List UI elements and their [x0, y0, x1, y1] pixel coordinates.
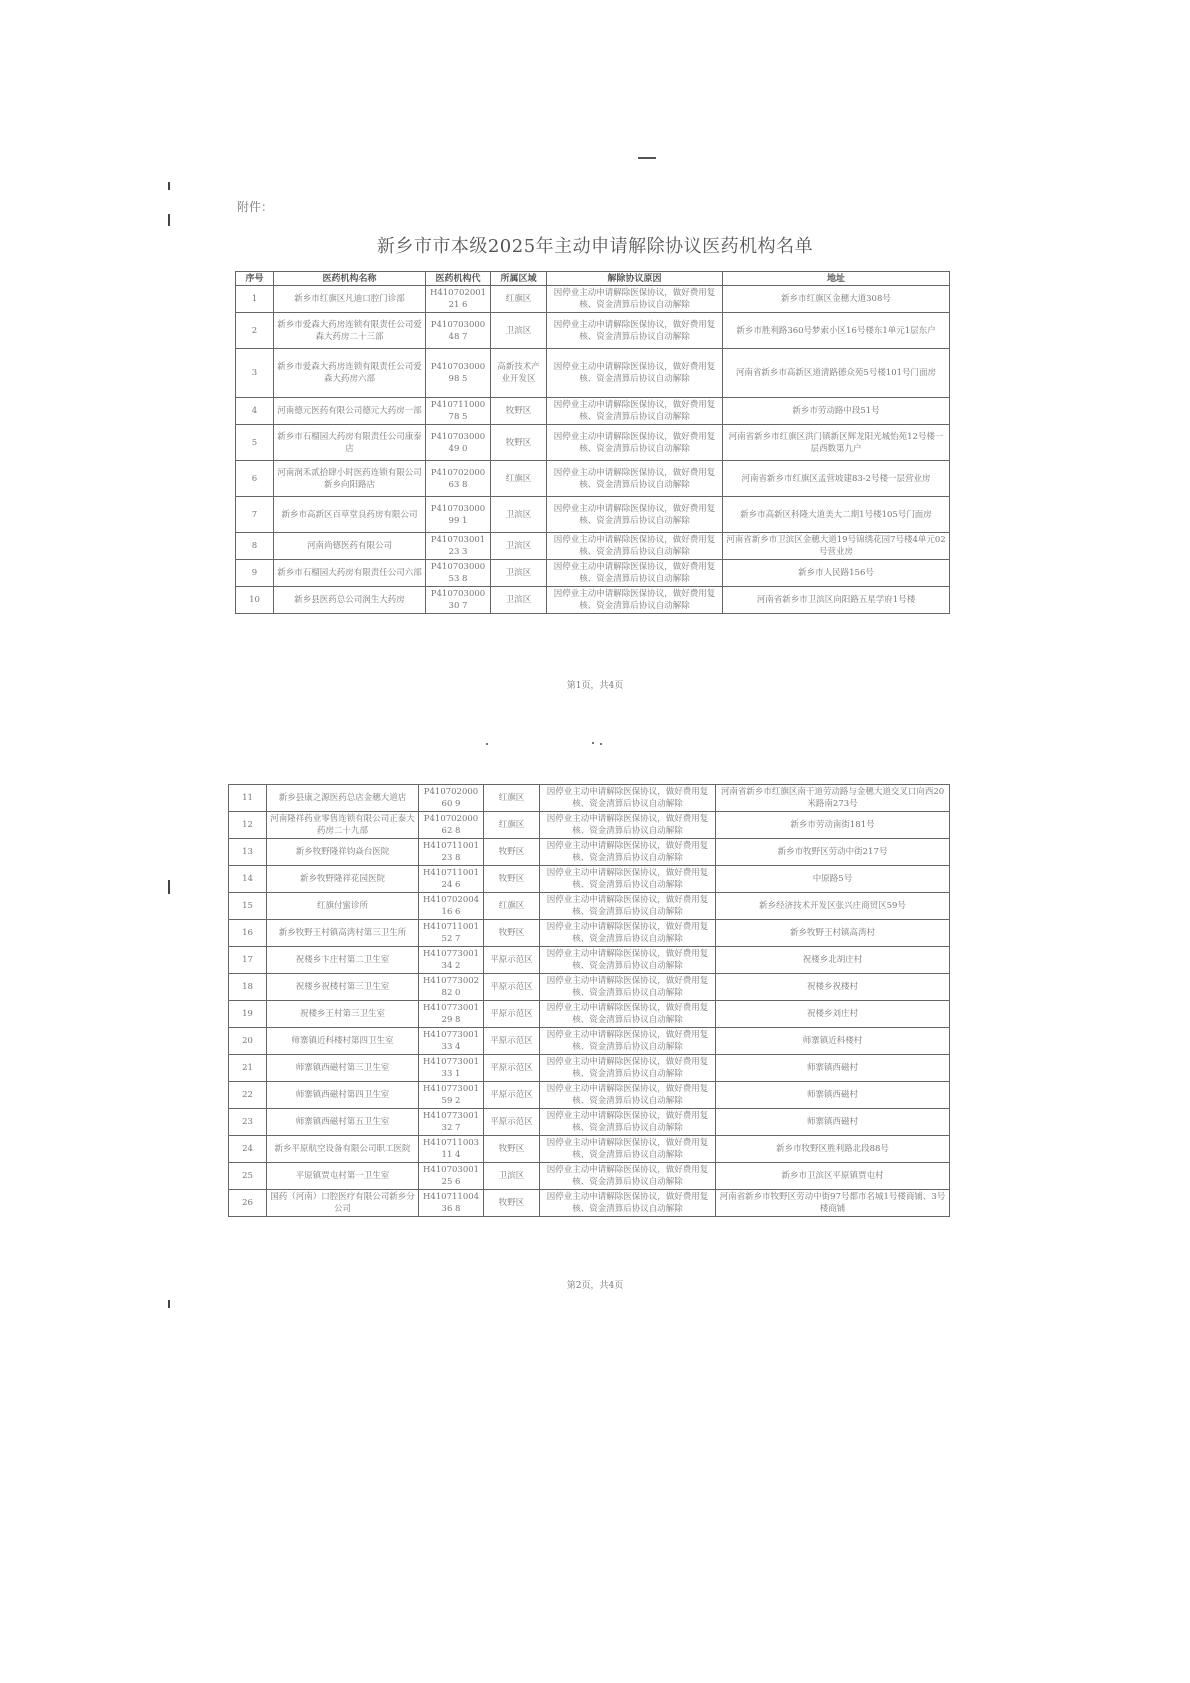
margin-mark: [168, 880, 170, 894]
institution-name: 祝楼乡祝楼村第三卫生室: [267, 974, 419, 1001]
institution-code: H41071100124 6: [419, 866, 484, 893]
institution-name: 师寨镇西磁村第五卫生室: [267, 1109, 419, 1136]
address: 新乡经济技术开发区张兴庄商贸区59号: [716, 893, 950, 920]
address: 师寨镇近科楼村: [716, 1028, 950, 1055]
district: 平原示范区: [484, 1028, 540, 1055]
margin-mark: [168, 214, 170, 226]
institution-code: H41070200121 6: [426, 286, 491, 313]
district: 平原示范区: [484, 1109, 540, 1136]
table-row: 15红旗付蜜诊所H41070200416 6红旗区因停业主动申请解除医保协议，做…: [229, 893, 950, 920]
table-row: 13新乡牧野隆祥钧焱台医院H41071100123 8牧野区因停业主动申请解除医…: [229, 839, 950, 866]
institution-code: H41071100152 7: [419, 920, 484, 947]
address: 新乡牧野王村镇高湾村: [716, 920, 950, 947]
district: 牧野区: [484, 839, 540, 866]
institution-name: 新乡市爱森大药房连锁有限责任公司爱森大药房二十三部: [274, 313, 426, 349]
table-row: 21师寨镇西磁村第三卫生室H41077300133 1平原示范区因停业主动申请解…: [229, 1055, 950, 1082]
termination-reason: 因停业主动申请解除医保协议，做好费用复核、资金清算后协议自动解除: [540, 974, 716, 1001]
institution-code: H41070200416 6: [419, 893, 484, 920]
district: 卫滨区: [491, 313, 547, 349]
row-number: 1: [236, 286, 274, 313]
row-number: 7: [236, 497, 274, 533]
page-footer-1: 第1页，共4页: [0, 678, 1190, 691]
institution-code: H41077300282 0: [419, 974, 484, 1001]
district: 平原示范区: [484, 974, 540, 1001]
col-header-address: 地址: [723, 272, 950, 286]
institution-code: P41070300123 3: [426, 533, 491, 560]
page-top-dash: [638, 157, 656, 159]
institution-name: 河南隆祥药业零售连锁有限公司正泰大药房二十九部: [267, 812, 419, 839]
row-number: 24: [229, 1136, 267, 1163]
scan-speck: [486, 743, 488, 745]
institution-code: P41071100078 5: [426, 398, 491, 425]
institution-code: P41070300030 7: [426, 587, 491, 614]
institution-code: P41070300048 7: [426, 313, 491, 349]
address: 河南省新乡市牧野区劳动中街97号都市名城1号楼商铺、3号楼商铺: [716, 1190, 950, 1217]
termination-reason: 因停业主动申请解除医保协议，做好费用复核、资金清算后协议自动解除: [540, 839, 716, 866]
row-number: 4: [236, 398, 274, 425]
attachment-label: 附件：: [237, 198, 273, 215]
district: 红旗区: [484, 893, 540, 920]
row-number: 17: [229, 947, 267, 974]
institution-table-page2: 11新乡县康之源医药总店金穗大道店P41070200060 9红旗区因停业主动申…: [228, 784, 950, 1217]
address: 河南省新乡市红旗区洪门镇新区辉龙阳光城怡苑12号楼一层西数第九户: [723, 425, 950, 461]
row-number: 25: [229, 1163, 267, 1190]
table-row: 20师寨镇近科楼村第四卫生室H41077300133 4平原示范区因停业主动申请…: [229, 1028, 950, 1055]
address: 祝楼乡祝楼村: [716, 974, 950, 1001]
termination-reason: 因停业主动申请解除医保协议，做好费用复核、资金清算后协议自动解除: [547, 560, 723, 587]
table-row: 1新乡市红旗区凡迪口腔门诊部H41070200121 6红旗区因停业主动申请解除…: [236, 286, 950, 313]
institution-code: P41070300099 1: [426, 497, 491, 533]
row-number: 12: [229, 812, 267, 839]
institution-code: P41070300053 8: [426, 560, 491, 587]
row-number: 16: [229, 920, 267, 947]
institution-code: P41070300098 5: [426, 349, 491, 398]
district: 卫滨区: [491, 587, 547, 614]
termination-reason: 因停业主动申请解除医保协议，做好费用复核、资金清算后协议自动解除: [547, 425, 723, 461]
district: 高新技术产业开发区: [491, 349, 547, 398]
district: 平原示范区: [484, 1055, 540, 1082]
address: 河南省新乡市卫滨区向阳路五星学府1号楼: [723, 587, 950, 614]
row-number: 23: [229, 1109, 267, 1136]
address: 新乡市红旗区金穗大道308号: [723, 286, 950, 313]
termination-reason: 因停业主动申请解除医保协议，做好费用复核、资金清算后协议自动解除: [540, 1109, 716, 1136]
table-row: 14新乡牧野隆祥花园医院H41071100124 6牧野区因停业主动申请解除医保…: [229, 866, 950, 893]
institution-code: H41077300132 7: [419, 1109, 484, 1136]
termination-reason: 因停业主动申请解除医保协议，做好费用复核、资金清算后协议自动解除: [547, 587, 723, 614]
row-number: 11: [229, 785, 267, 812]
col-header-code: 医药机构代: [426, 272, 491, 286]
col-header-reason: 解除协议原因: [547, 272, 723, 286]
table-row: 23师寨镇西磁村第五卫生室H41077300132 7平原示范区因停业主动申请解…: [229, 1109, 950, 1136]
institution-name: 祝楼乡王村第三卫生室: [267, 1001, 419, 1028]
row-number: 10: [236, 587, 274, 614]
district: 平原示范区: [484, 1001, 540, 1028]
institution-name: 新乡牧野王村镇高湾村第三卫生所: [267, 920, 419, 947]
termination-reason: 因停业主动申请解除医保协议，做好费用复核、资金清算后协议自动解除: [540, 1055, 716, 1082]
institution-code: H41071100123 8: [419, 839, 484, 866]
institution-name: 师寨镇西磁村第三卫生室: [267, 1055, 419, 1082]
institution-code: H41071100436 8: [419, 1190, 484, 1217]
district: 红旗区: [491, 461, 547, 497]
institution-code: H41077300134 2: [419, 947, 484, 974]
row-number: 2: [236, 313, 274, 349]
address: 祝楼乡北胡庄村: [716, 947, 950, 974]
district: 红旗区: [484, 812, 540, 839]
district: 牧野区: [484, 920, 540, 947]
row-number: 3: [236, 349, 274, 398]
termination-reason: 因停业主动申请解除医保协议，做好费用复核、资金清算后协议自动解除: [540, 812, 716, 839]
table-row: 11新乡县康之源医药总店金穗大道店P41070200060 9红旗区因停业主动申…: [229, 785, 950, 812]
margin-mark: [168, 1300, 170, 1308]
address: 河南省新乡市红旗区南干道劳动路与金穗大道交叉口向西20米路南273号: [716, 785, 950, 812]
address: 新乡市劳动南街181号: [716, 812, 950, 839]
row-number: 15: [229, 893, 267, 920]
scan-speck: [600, 743, 602, 745]
termination-reason: 因停业主动申请解除医保协议，做好费用复核、资金清算后协议自动解除: [547, 533, 723, 560]
address: 师寨镇西磁村: [716, 1055, 950, 1082]
institution-name: 新乡县康之源医药总店金穗大道店: [267, 785, 419, 812]
address: 河南省新乡市高新区道清路德众苑5号楼101号门面房: [723, 349, 950, 398]
institution-name: 新乡市石榴园大药房有限责任公司康泰店: [274, 425, 426, 461]
institution-name: 新乡牧野隆祥花园医院: [267, 866, 419, 893]
institution-code: P41070200060 9: [419, 785, 484, 812]
district: 牧野区: [484, 1190, 540, 1217]
institution-name: 师寨镇近科楼村第四卫生室: [267, 1028, 419, 1055]
institution-name: 新乡市红旗区凡迪口腔门诊部: [274, 286, 426, 313]
document-title: 新乡市市本级2025年主动申请解除协议医药机构名单: [0, 232, 1190, 258]
row-number: 6: [236, 461, 274, 497]
institution-table-page1: 序号 医药机构名称 医药机构代 所属区域 解除协议原因 地址 1新乡市红旗区凡迪…: [235, 271, 950, 614]
termination-reason: 因停业主动申请解除医保协议，做好费用复核、资金清算后协议自动解除: [540, 1001, 716, 1028]
district: 牧野区: [491, 425, 547, 461]
table-row: 2新乡市爱森大药房连锁有限责任公司爱森大药房二十三部P41070300048 7…: [236, 313, 950, 349]
row-number: 8: [236, 533, 274, 560]
address: 师寨镇西磁村: [716, 1109, 950, 1136]
institution-name: 新乡市石榴园大药房有限责任公司六部: [274, 560, 426, 587]
institution-name: 新乡市爱森大药房连锁有限责任公司爱森大药房六部: [274, 349, 426, 398]
district: 平原示范区: [484, 1082, 540, 1109]
address: 新乡市劳动路中段51号: [723, 398, 950, 425]
institution-code: H41070300125 6: [419, 1163, 484, 1190]
address: 师寨镇西磁村: [716, 1082, 950, 1109]
address: 新乡市牧野区劳动中街217号: [716, 839, 950, 866]
row-number: 5: [236, 425, 274, 461]
institution-code: H41071100311 4: [419, 1136, 484, 1163]
termination-reason: 因停业主动申请解除医保协议，做好费用复核、资金清算后协议自动解除: [540, 1028, 716, 1055]
row-number: 18: [229, 974, 267, 1001]
district: 红旗区: [484, 785, 540, 812]
table-row: 24新乡平原航空设备有限公司职工医院H41071100311 4牧野区因停业主动…: [229, 1136, 950, 1163]
table-header-row: 序号 医药机构名称 医药机构代 所属区域 解除协议原因 地址: [236, 272, 950, 286]
table-row: 5新乡市石榴园大药房有限责任公司康泰店P41070300049 0牧野区因停业主…: [236, 425, 950, 461]
address: 新乡市高新区科隆大道美大二期1号楼105号门面房: [723, 497, 950, 533]
termination-reason: 因停业主动申请解除医保协议，做好费用复核、资金清算后协议自动解除: [547, 286, 723, 313]
table-row: 6河南润禾贰拾肆小时医药连锁有限公司新乡向阳路店P41070200063 8红旗…: [236, 461, 950, 497]
table-row: 9新乡市石榴园大药房有限责任公司六部P41070300053 8卫滨区因停业主动…: [236, 560, 950, 587]
district: 卫滨区: [491, 497, 547, 533]
row-number: 14: [229, 866, 267, 893]
table-row: 18祝楼乡祝楼村第三卫生室H41077300282 0平原示范区因停业主动申请解…: [229, 974, 950, 1001]
address: 新乡市牧野区胜利路北段88号: [716, 1136, 950, 1163]
termination-reason: 因停业主动申请解除医保协议，做好费用复核、资金清算后协议自动解除: [540, 893, 716, 920]
margin-mark: [168, 182, 170, 190]
institution-name: 河南德元医药有限公司德元大药房一部: [274, 398, 426, 425]
table-row: 19祝楼乡王村第三卫生室H41077300129 8平原示范区因停业主动申请解除…: [229, 1001, 950, 1028]
scan-speck: [592, 742, 594, 744]
district: 牧野区: [491, 398, 547, 425]
row-number: 13: [229, 839, 267, 866]
termination-reason: 因停业主动申请解除医保协议，做好费用复核、资金清算后协议自动解除: [540, 947, 716, 974]
address: 祝楼乡刘庄村: [716, 1001, 950, 1028]
table-row: 10新乡县医药总公司润生大药房P41070300030 7卫滨区因停业主动申请解…: [236, 587, 950, 614]
termination-reason: 因停业主动申请解除医保协议，做好费用复核、资金清算后协议自动解除: [540, 1163, 716, 1190]
termination-reason: 因停业主动申请解除医保协议，做好费用复核、资金清算后协议自动解除: [540, 866, 716, 893]
district: 牧野区: [484, 866, 540, 893]
institution-code: H41077300159 2: [419, 1082, 484, 1109]
institution-code: H41077300133 4: [419, 1028, 484, 1055]
address: 中原路5号: [716, 866, 950, 893]
institution-code: H41077300133 1: [419, 1055, 484, 1082]
institution-name: 新乡牧野隆祥钧焱台医院: [267, 839, 419, 866]
col-header-no: 序号: [236, 272, 274, 286]
institution-name: 国药（河南）口腔医疗有限公司新乡分公司: [267, 1190, 419, 1217]
row-number: 22: [229, 1082, 267, 1109]
institution-name: 新乡市高新区百草堂良药房有限公司: [274, 497, 426, 533]
district: 卫滨区: [491, 533, 547, 560]
page-footer-2: 第2页，共4页: [0, 1278, 1190, 1291]
institution-name: 师寨镇西磁村第四卫生室: [267, 1082, 419, 1109]
table-row: 26国药（河南）口腔医疗有限公司新乡分公司H41071100436 8牧野区因停…: [229, 1190, 950, 1217]
institution-code: P41070200063 8: [426, 461, 491, 497]
termination-reason: 因停业主动申请解除医保协议，做好费用复核、资金清算后协议自动解除: [547, 461, 723, 497]
table-row: 16新乡牧野王村镇高湾村第三卫生所H41071100152 7牧野区因停业主动申…: [229, 920, 950, 947]
termination-reason: 因停业主动申请解除医保协议，做好费用复核、资金清算后协议自动解除: [547, 313, 723, 349]
district: 卫滨区: [484, 1163, 540, 1190]
district: 平原示范区: [484, 947, 540, 974]
termination-reason: 因停业主动申请解除医保协议，做好费用复核、资金清算后协议自动解除: [540, 1082, 716, 1109]
table-row: 8河南尚德医药有限公司P41070300123 3卫滨区因停业主动申请解除医保协…: [236, 533, 950, 560]
district: 红旗区: [491, 286, 547, 313]
termination-reason: 因停业主动申请解除医保协议，做好费用复核、资金清算后协议自动解除: [540, 920, 716, 947]
institution-code: P41070200062 8: [419, 812, 484, 839]
institution-code: P41070300049 0: [426, 425, 491, 461]
institution-name: 红旗付蜜诊所: [267, 893, 419, 920]
table-row: 3新乡市爱森大药房连锁有限责任公司爱森大药房六部P41070300098 5高新…: [236, 349, 950, 398]
row-number: 20: [229, 1028, 267, 1055]
institution-name: 河南尚德医药有限公司: [274, 533, 426, 560]
address: 新乡市胜利路360号梦索小区16号楼东1单元1层东户: [723, 313, 950, 349]
table-row: 7新乡市高新区百草堂良药房有限公司P41070300099 1卫滨区因停业主动申…: [236, 497, 950, 533]
address: 河南省新乡市红旗区孟营坡建83-2号楼一层营业房: [723, 461, 950, 497]
termination-reason: 因停业主动申请解除医保协议，做好费用复核、资金清算后协议自动解除: [547, 398, 723, 425]
institution-name: 祝楼乡卞庄村第二卫生室: [267, 947, 419, 974]
table-row: 22师寨镇西磁村第四卫生室H41077300159 2平原示范区因停业主动申请解…: [229, 1082, 950, 1109]
district: 牧野区: [484, 1136, 540, 1163]
table-row: 4河南德元医药有限公司德元大药房一部P41071100078 5牧野区因停业主动…: [236, 398, 950, 425]
termination-reason: 因停业主动申请解除医保协议，做好费用复核、资金清算后协议自动解除: [540, 1136, 716, 1163]
termination-reason: 因停业主动申请解除医保协议，做好费用复核、资金清算后协议自动解除: [547, 349, 723, 398]
table-row: 12河南隆祥药业零售连锁有限公司正泰大药房二十九部P41070200062 8红…: [229, 812, 950, 839]
institution-code: H41077300129 8: [419, 1001, 484, 1028]
institution-name: 平原镇贾屯村第一卫生室: [267, 1163, 419, 1190]
address: 新乡市人民路156号: [723, 560, 950, 587]
col-header-name: 医药机构名称: [274, 272, 426, 286]
col-header-district: 所属区域: [491, 272, 547, 286]
row-number: 9: [236, 560, 274, 587]
termination-reason: 因停业主动申请解除医保协议，做好费用复核、资金清算后协议自动解除: [540, 1190, 716, 1217]
institution-name: 新乡县医药总公司润生大药房: [274, 587, 426, 614]
termination-reason: 因停业主动申请解除医保协议，做好费用复核、资金清算后协议自动解除: [547, 497, 723, 533]
district: 卫滨区: [491, 560, 547, 587]
table-row: 25平原镇贾屯村第一卫生室H41070300125 6卫滨区因停业主动申请解除医…: [229, 1163, 950, 1190]
table-row: 17祝楼乡卞庄村第二卫生室H41077300134 2平原示范区因停业主动申请解…: [229, 947, 950, 974]
institution-name: 河南润禾贰拾肆小时医药连锁有限公司新乡向阳路店: [274, 461, 426, 497]
row-number: 19: [229, 1001, 267, 1028]
address: 新乡市卫滨区平原镇贾屯村: [716, 1163, 950, 1190]
row-number: 26: [229, 1190, 267, 1217]
institution-name: 新乡平原航空设备有限公司职工医院: [267, 1136, 419, 1163]
row-number: 21: [229, 1055, 267, 1082]
termination-reason: 因停业主动申请解除医保协议，做好费用复核、资金清算后协议自动解除: [540, 785, 716, 812]
address: 河南省新乡市卫滨区金穗大道19号锦绣花园7号楼4单元02号营业房: [723, 533, 950, 560]
